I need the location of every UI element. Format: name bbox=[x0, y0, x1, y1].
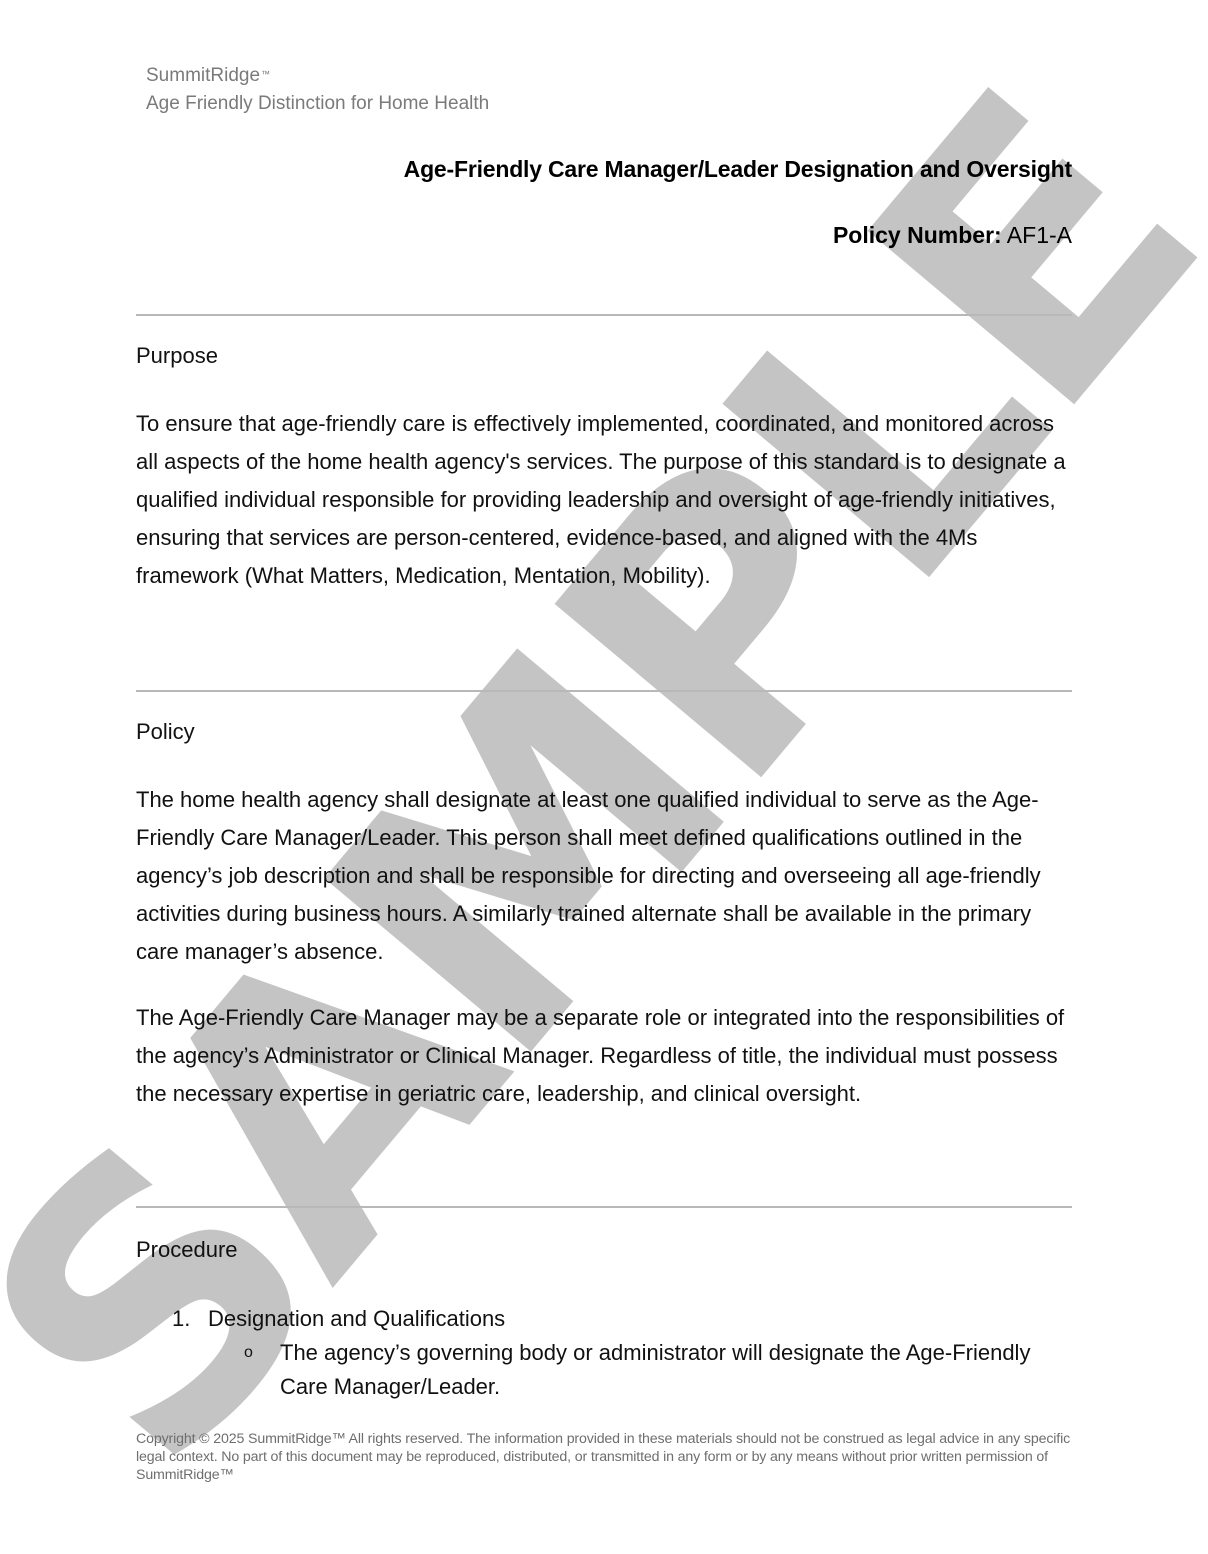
purpose-heading: Purpose bbox=[136, 343, 218, 369]
procedure-subitem-text: The agency’s governing body or administr… bbox=[280, 1336, 1040, 1404]
section-divider bbox=[136, 690, 1072, 692]
section-divider bbox=[136, 314, 1072, 316]
procedure-item-label: Designation and Qualifications bbox=[208, 1302, 505, 1336]
brand-name: SummitRidge™ bbox=[146, 62, 489, 90]
procedure-subitem: o The agency’s governing body or adminis… bbox=[244, 1336, 1052, 1404]
procedure-heading: Procedure bbox=[136, 1237, 238, 1263]
hollow-bullet-icon: o bbox=[244, 1336, 280, 1404]
policy-heading: Policy bbox=[136, 719, 195, 745]
header-brand: SummitRidge™ Age Friendly Distinction fo… bbox=[146, 62, 489, 118]
purpose-paragraph: To ensure that age-friendly care is effe… bbox=[136, 405, 1076, 595]
policy-number-value: AF1-A bbox=[1002, 222, 1072, 248]
procedure-item: 1. Designation and Qualifications bbox=[172, 1302, 1052, 1336]
document-page: SAMPLE SummitRidge™ Age Friendly Distinc… bbox=[0, 0, 1208, 1554]
section-divider bbox=[136, 1206, 1072, 1208]
brand-subtitle: Age Friendly Distinction for Home Health bbox=[146, 90, 489, 118]
document-title: Age-Friendly Care Manager/Leader Designa… bbox=[404, 156, 1072, 183]
procedure-item-number: 1. bbox=[172, 1302, 208, 1336]
policy-number-label: Policy Number: bbox=[833, 222, 1002, 248]
policy-paragraph: The home health agency shall designate a… bbox=[136, 781, 1076, 971]
policy-number: Policy Number: AF1-A bbox=[833, 222, 1072, 249]
policy-paragraph: The Age-Friendly Care Manager may be a s… bbox=[136, 999, 1076, 1113]
copyright-footer: Copyright © 2025 SummitRidge™ All rights… bbox=[136, 1430, 1076, 1484]
procedure-list: 1. Designation and Qualifications o The … bbox=[172, 1302, 1052, 1404]
